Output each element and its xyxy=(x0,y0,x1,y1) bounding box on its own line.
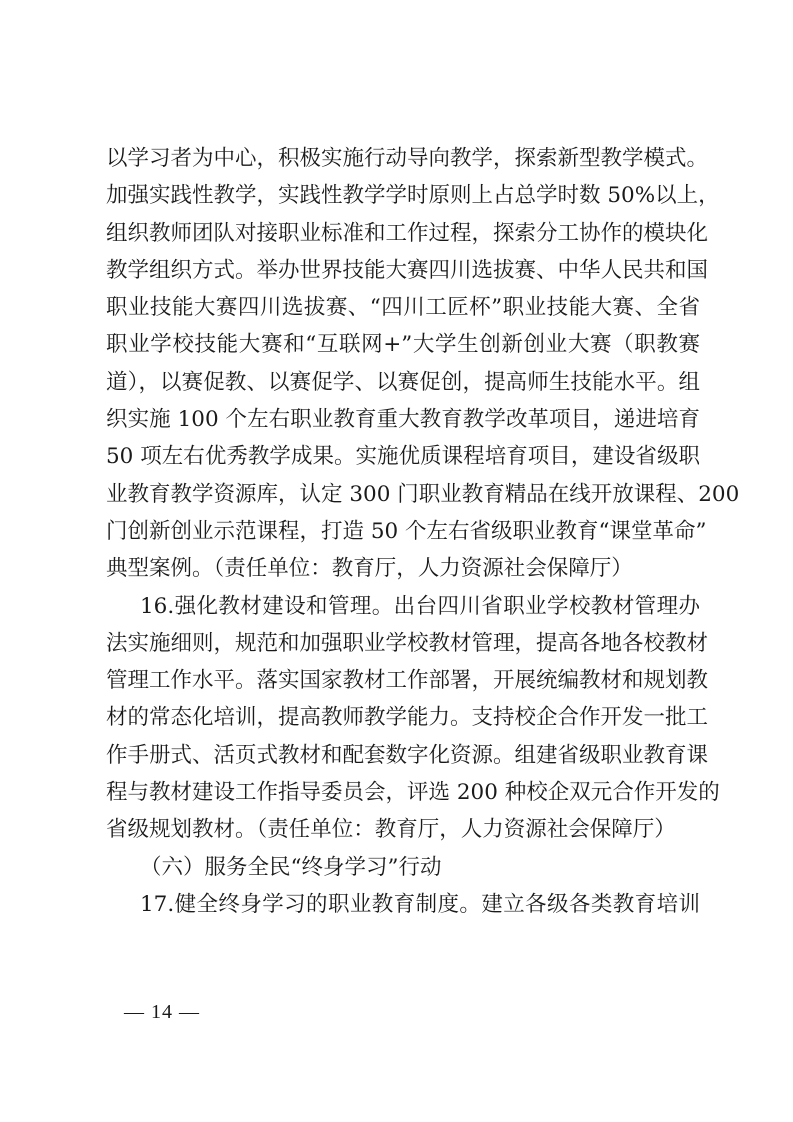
item-17-heading-line: 17.健全终身学习的职业教育制度。建立各级各类教育培训 xyxy=(106,886,700,923)
text-line: 管理工作水平。落实国家教材工作部署，开展统编教材和规划教 xyxy=(106,662,700,699)
text-line: 程与教材建设工作指导委员会，评选 200 种校企双元合作开发的 xyxy=(106,774,700,811)
item-16-heading-line: 16.强化教材建设和管理。出台四川省职业学校教材管理办 xyxy=(106,588,700,625)
text-line: 职业技能大赛四川选拔赛、“四川工匠杯”职业技能大赛、全省 xyxy=(106,289,700,326)
text-line: 典型案例。（责任单位：教育厅，人力资源社会保障厅） xyxy=(106,550,700,587)
document-page: 以学习者为中心，积极实施行动导向教学，探索新型教学模式。 加强实践性教学，实践性… xyxy=(0,0,793,1122)
page-number: — 14 — xyxy=(124,1000,200,1024)
text-line: 材的常态化培训，提高教师教学能力。支持校企合作开发一批工 xyxy=(106,699,700,736)
text-line: 职业学校技能大赛和“互联网+”大学生创新创业大赛（职教赛 xyxy=(106,326,700,363)
text-line: 道），以赛促教、以赛促学、以赛促创，提高师生技能水平。组 xyxy=(106,364,700,401)
text-line: 织实施 100 个左右职业教育重大教育教学改革项目，递进培育 xyxy=(106,401,700,438)
text-line: 以学习者为中心，积极实施行动导向教学，探索新型教学模式。 xyxy=(106,140,700,177)
text-line: 50 项左右优秀教学成果。实施优质课程培育项目，建设省级职 xyxy=(106,438,700,475)
text-line: 教学组织方式。举办世界技能大赛四川选拔赛、中华人民共和国 xyxy=(106,252,700,289)
text-line: 组织教师团队对接职业标准和工作过程，探索分工协作的模块化 xyxy=(106,215,700,252)
text-line: 门创新创业示范课程，打造 50 个左右省级职业教育“课堂革命” xyxy=(106,513,700,550)
text-line: 省级规划教材。（责任单位：教育厅，人力资源社会保障厅） xyxy=(106,811,700,848)
text-line: 作手册式、活页式教材和配套数字化资源。组建省级职业教育课 xyxy=(106,737,700,774)
text-line: 业教育教学资源库，认定 300 门职业教育精品在线开放课程、200 xyxy=(106,476,700,513)
text-line: 加强实践性教学，实践性教学学时原则上占总学时数 50%以上， xyxy=(106,177,700,214)
text-line: 法实施细则，规范和加强职业学校教材管理，提高各地各校教材 xyxy=(106,625,700,662)
body-text: 以学习者为中心，积极实施行动导向教学，探索新型教学模式。 加强实践性教学，实践性… xyxy=(106,140,700,923)
section-heading: （六）服务全民“终身学习”行动 xyxy=(106,849,700,886)
